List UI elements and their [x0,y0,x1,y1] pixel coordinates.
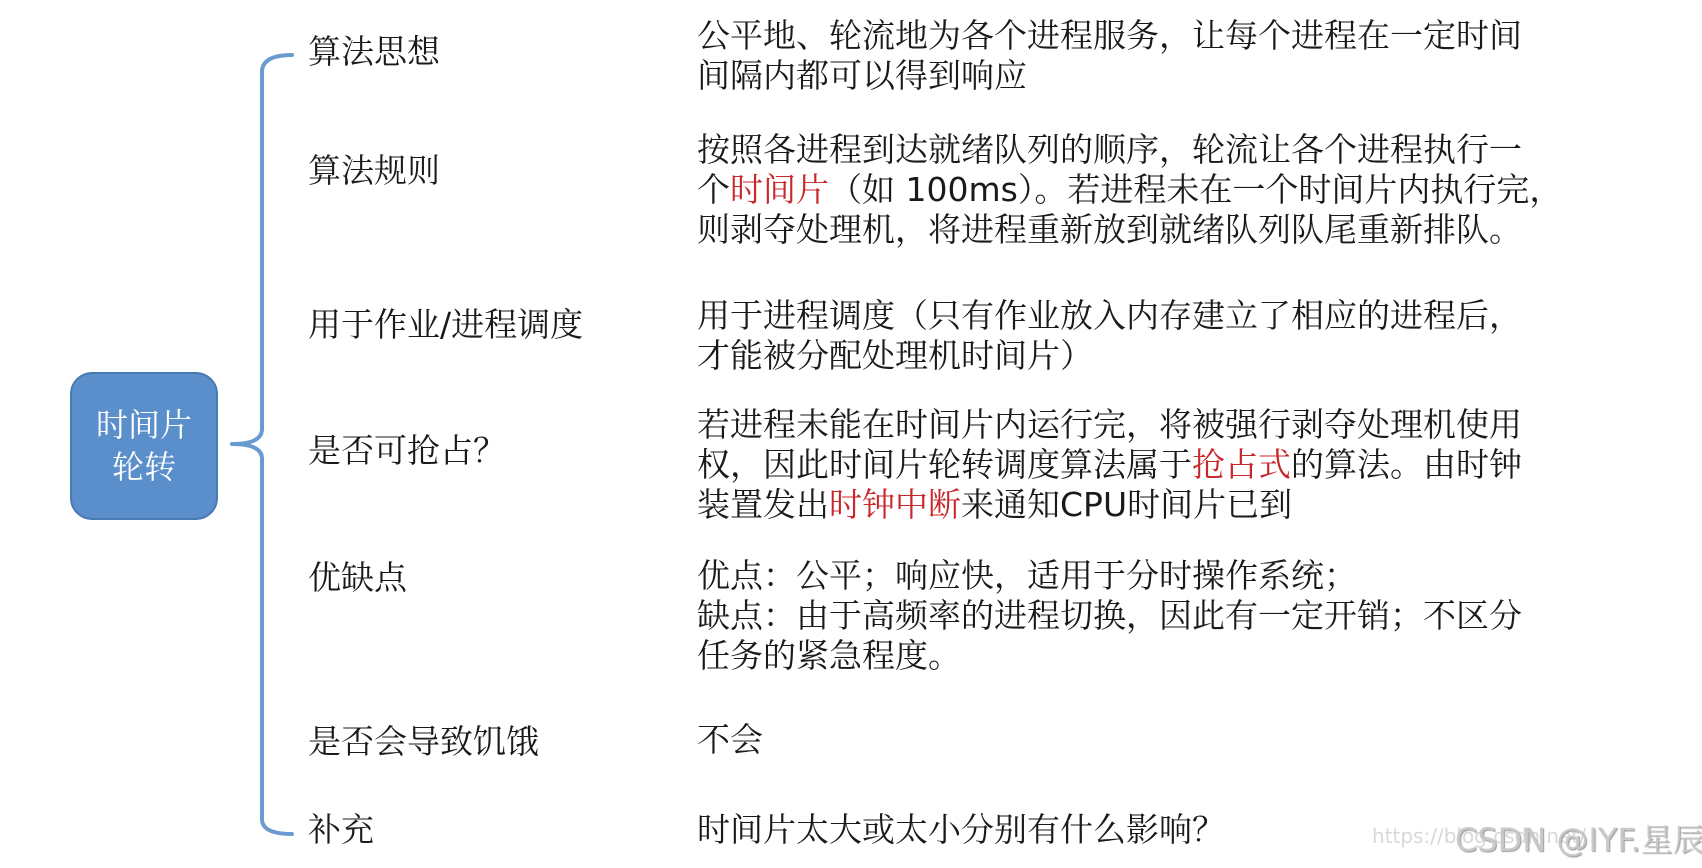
content-line: 优点：公平；响应快，适用于分时操作系统； [697,556,1697,596]
content-line: 间隔内都可以得到响应 [697,56,1697,96]
branch-label-rules: 算法规则 [308,151,440,191]
highlighted-term: 时间片 [730,170,829,209]
text-segment: 优点：公平；响应快，适用于分时操作系统； [697,556,1357,595]
branch-label-idea: 算法思想 [308,32,440,72]
text-segment: 任务的紧急程度。 [697,636,961,675]
content-pros-cons: 优点：公平；响应快，适用于分时操作系统；缺点：由于高频率的进程切换，因此有一定开… [697,556,1697,676]
branch-label-pros-cons: 优缺点 [308,558,407,598]
text-segment: 权，因此时间片轮转调度算法属于 [697,445,1192,484]
content-line: 权，因此时间片轮转调度算法属于抢占式的算法。由时钟 [697,445,1697,485]
content-line: 若进程未能在时间片内运行完，将被强行剥夺处理机使用 [697,405,1697,445]
text-segment: 按照各进程到达就绪队列的顺序，轮流让各个进程执行一 [697,130,1522,169]
text-segment: 装置发出 [697,485,829,524]
content-line: 则剥夺处理机，将进程重新放到就绪队列队尾重新排队。 [697,210,1697,250]
text-segment: 不会 [697,720,763,759]
content-line: 不会 [697,720,1697,760]
text-segment: 的算法。由时钟 [1291,445,1522,484]
text-segment: 则剥夺处理机，将进程重新放到就绪队列队尾重新排队。 [697,210,1522,249]
content-rules: 按照各进程到达就绪队列的顺序，轮流让各个进程执行一个时间片（如 100ms）。若… [697,130,1697,250]
content-preemptive: 若进程未能在时间片内运行完，将被强行剥夺处理机使用权，因此时间片轮转调度算法属于… [697,405,1697,525]
content-starvation: 不会 [697,720,1697,760]
text-segment: 时间片太大或太小分别有什么影响？ [697,810,1225,849]
branch-label-usage: 用于作业/进程调度 [308,305,583,345]
content-line: 装置发出时钟中断来通知CPU时间片已到 [697,485,1697,525]
text-segment: 来通知CPU时间片已到 [961,485,1292,524]
content-line: 公平地、轮流地为各个进程服务，让每个进程在一定时间 [697,16,1697,56]
content-line: 才能被分配处理机时间片） [697,336,1697,376]
text-segment: 才能被分配处理机时间片） [697,336,1093,375]
curly-bracket-connector [0,0,320,868]
watermark-text: CSDN @IYF.星辰 [1455,815,1702,861]
content-idea: 公平地、轮流地为各个进程服务，让每个进程在一定时间间隔内都可以得到响应 [697,16,1697,96]
text-segment: 若进程未能在时间片内运行完，将被强行剥夺处理机使用 [697,405,1522,444]
branch-label-supplement: 补充 [308,810,374,850]
content-line: 按照各进程到达就绪队列的顺序，轮流让各个进程执行一 [697,130,1697,170]
content-line: 个时间片（如 100ms）。若进程未在一个时间片内执行完， [697,170,1697,210]
text-segment: 用于进程调度（只有作业放入内存建立了相应的进程后， [697,296,1522,335]
highlighted-term: 抢占式 [1192,445,1291,484]
branch-label-starvation: 是否会导致饥饿 [308,722,539,762]
highlighted-term: 时钟中断 [829,485,961,524]
text-segment: 公平地、轮流地为各个进程服务，让每个进程在一定时间 [697,16,1522,55]
branch-label-preemptive: 是否可抢占？ [308,431,506,471]
content-usage: 用于进程调度（只有作业放入内存建立了相应的进程后，才能被分配处理机时间片） [697,296,1697,376]
text-segment: 间隔内都可以得到响应 [697,56,1027,95]
content-line: 缺点：由于高频率的进程切换，因此有一定开销；不区分 [697,596,1697,636]
content-line: 任务的紧急程度。 [697,636,1697,676]
text-segment: 个 [697,170,730,209]
text-segment: （如 100ms）。若进程未在一个时间片内执行完， [829,170,1562,209]
text-segment: 缺点：由于高频率的进程切换，因此有一定开销；不区分 [697,596,1522,635]
content-line: 用于进程调度（只有作业放入内存建立了相应的进程后， [697,296,1697,336]
